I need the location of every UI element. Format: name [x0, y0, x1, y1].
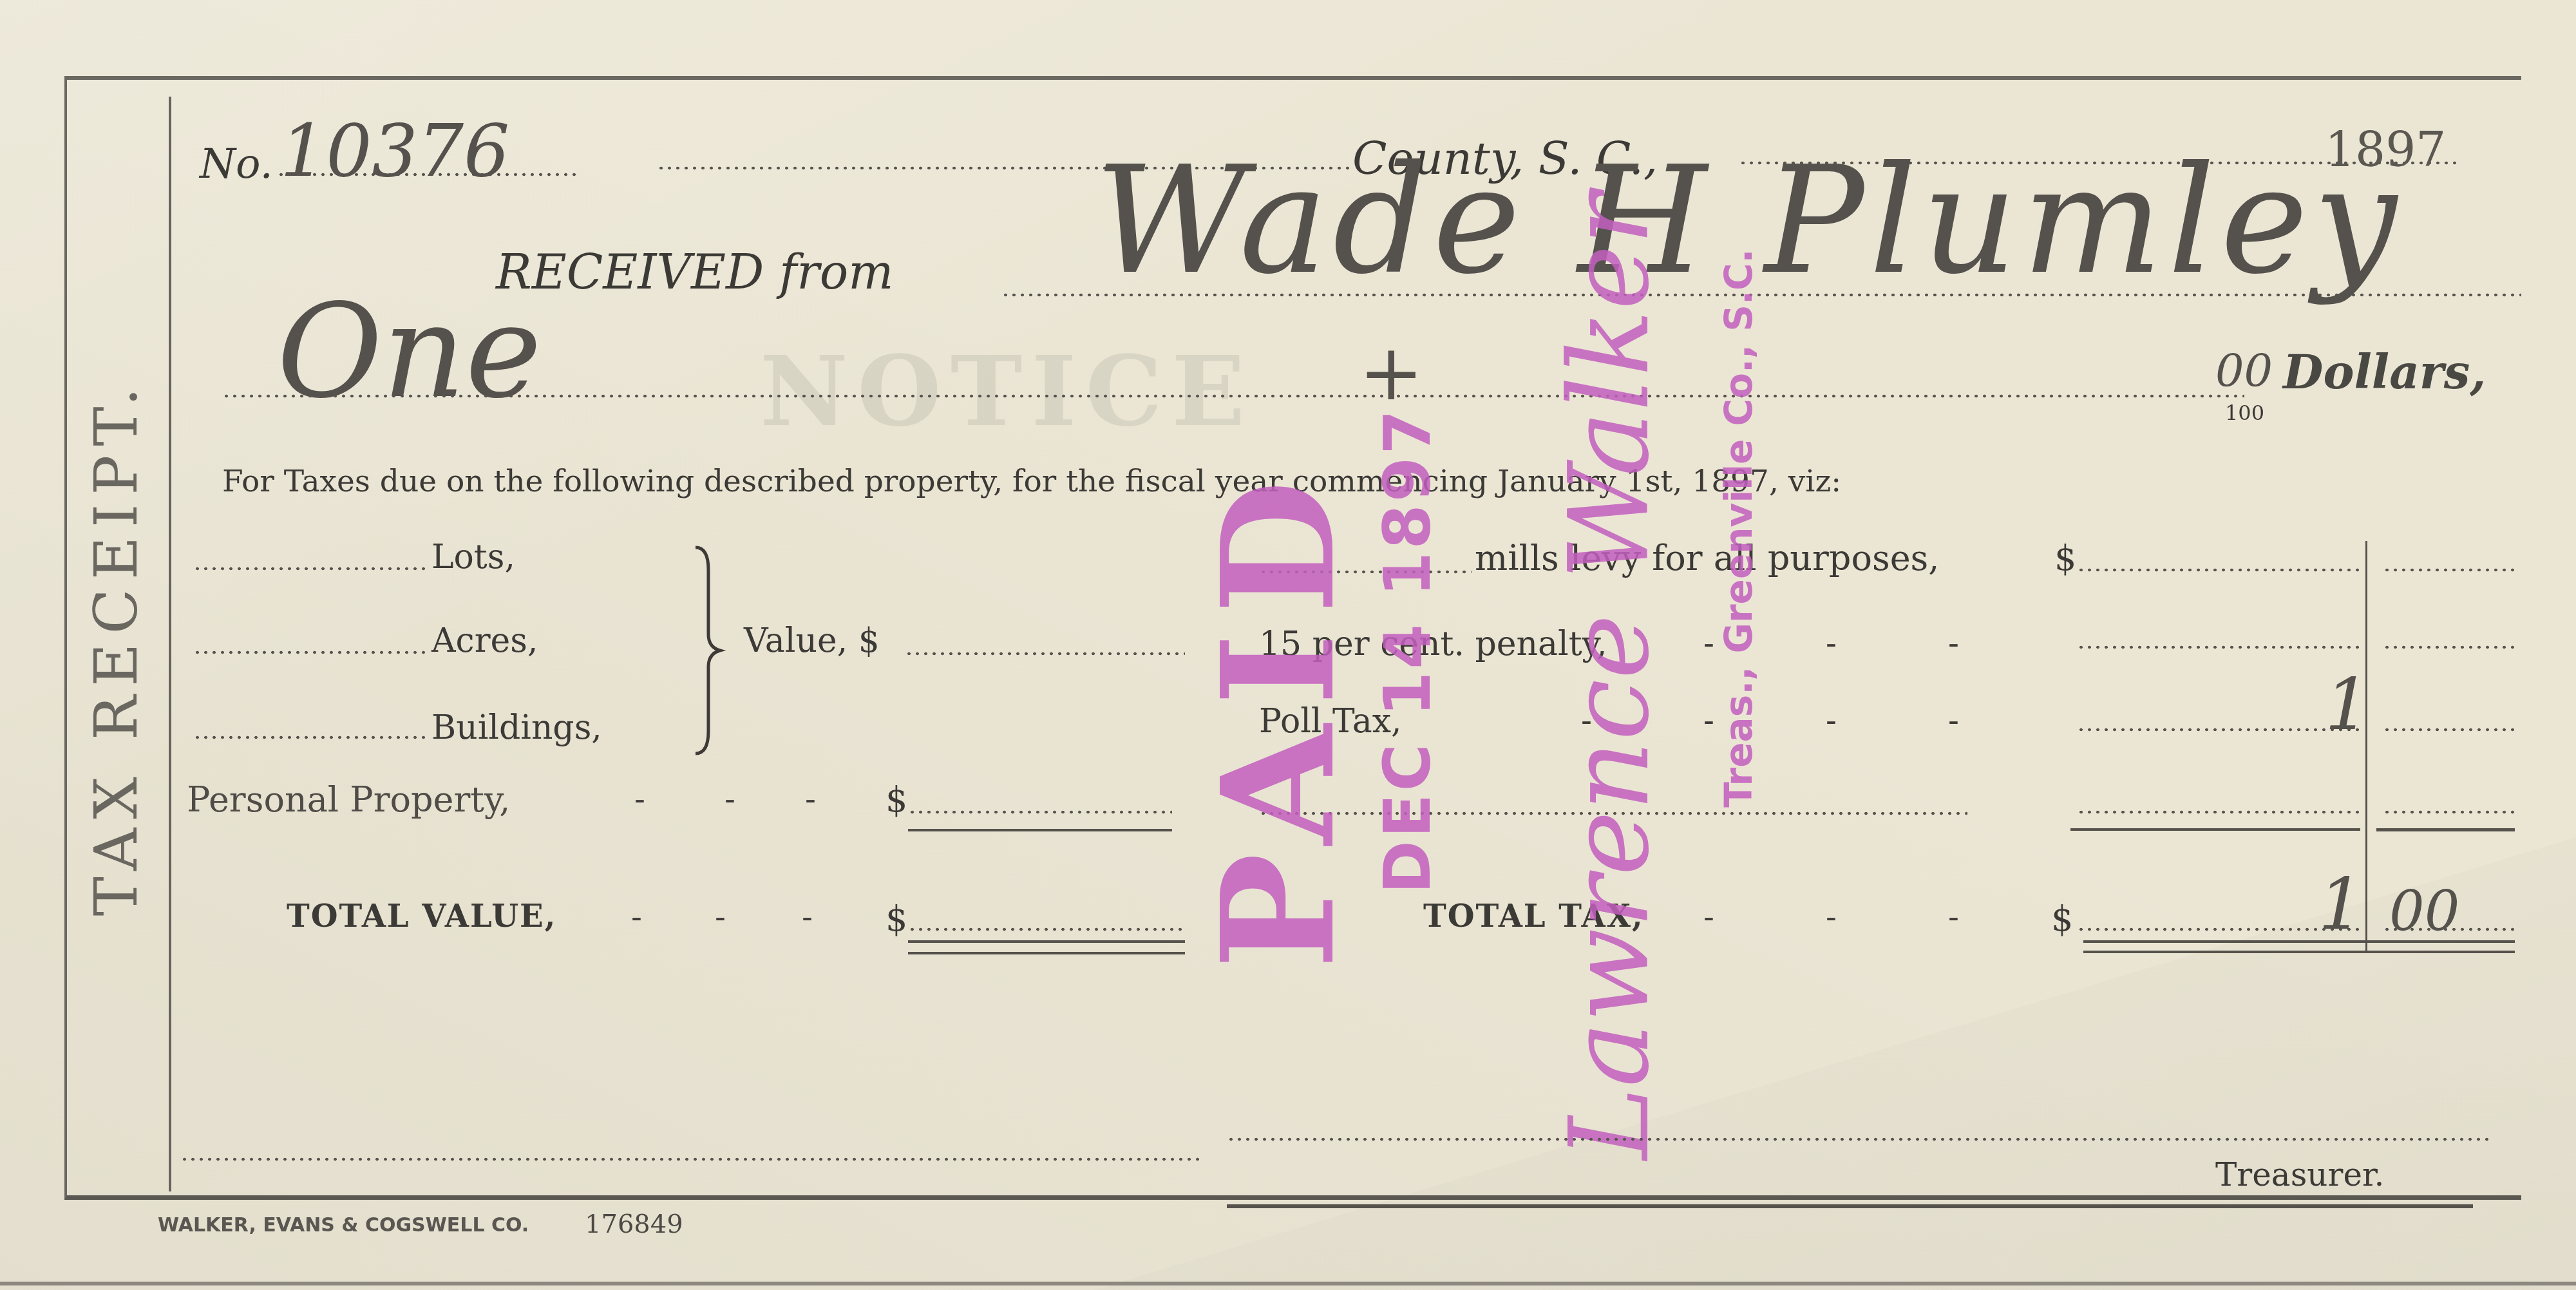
background-notice: NOTICE	[760, 335, 1254, 448]
form-number: 176849	[585, 1209, 683, 1239]
subtotal-cents-rule	[2376, 828, 2515, 831]
treasurer-label: Treasurer.	[2215, 1156, 2384, 1193]
penalty-amount-line	[2077, 645, 2360, 649]
number-underline	[277, 173, 580, 176]
total-value-dash-1: -	[631, 898, 642, 936]
total-value-label: TOTAL VALUE,	[287, 898, 556, 934]
mills-amount-line	[2077, 568, 2360, 572]
paid-date-stamp: DEC 14 1897	[1370, 407, 1445, 894]
received-from-label: RECEIVED from	[496, 245, 893, 300]
tax-receipt-side-title: TAX RECEIPT.	[82, 379, 151, 916]
total-tax-amount-line	[2077, 927, 2360, 931]
cents-column-divider	[2365, 541, 2367, 953]
total-value-underline-1	[908, 940, 1185, 943]
total-value-line	[908, 927, 1185, 931]
personal-line	[908, 810, 1172, 814]
personal-dash-1: -	[634, 781, 645, 818]
dollars-label: Dollars,	[2283, 345, 2486, 399]
poll-dash-2: -	[1703, 702, 1714, 739]
buildings-label: Buildings,	[431, 708, 602, 747]
total-tax-cents: 00	[2389, 879, 2459, 944]
other-cents-line	[2383, 810, 2518, 814]
paid-stamp: PAID	[1188, 460, 1369, 969]
personal-underline	[908, 829, 1172, 831]
cents-value: 00	[2215, 345, 2273, 397]
amount-line	[222, 394, 2244, 398]
total-tax-dollars: 1	[2318, 863, 2363, 945]
acres-line	[193, 650, 425, 654]
treasurer-signature-stamp: Lawrence Walker	[1546, 193, 1674, 1160]
total-value-underline-2	[908, 952, 1185, 954]
amount-words: One	[277, 277, 542, 427]
lots-label: Lots,	[431, 538, 515, 576]
total-tax-dollar-sign: $	[2051, 898, 2073, 939]
other-amount-line	[2077, 810, 2360, 814]
total-tax-dash-3: -	[1948, 898, 1959, 936]
total-tax-underline-2	[2083, 951, 2515, 953]
penalty-dash-1: -	[1703, 625, 1714, 662]
total-tax-dash-2: -	[1826, 898, 1837, 936]
penalty-dash-3: -	[1948, 625, 1959, 662]
total-tax-underline-1	[2083, 940, 2515, 943]
mills-cents-line	[2383, 568, 2518, 572]
total-value-dollar-sign: $	[885, 898, 907, 939]
background-notice-line	[747, 528, 759, 572]
printer-imprint: WALKER, EVANS & COGSWELL CO.	[158, 1214, 529, 1237]
brace-icon	[689, 544, 728, 757]
treasurer-office-stamp: Treas., Greenville Co., S.C.	[1717, 249, 1761, 807]
side-divider	[169, 97, 171, 1191]
value-line	[905, 652, 1185, 656]
poll-amount-line	[2077, 728, 2360, 732]
left-signature-line	[180, 1157, 1204, 1161]
penalty-cents-line	[2383, 645, 2518, 649]
amount-mark: +	[1359, 328, 1424, 418]
penalty-dash-2: -	[1826, 625, 1837, 662]
value-label: Value, $	[744, 621, 880, 660]
total-value-dash-3: -	[802, 898, 813, 936]
buildings-line	[193, 735, 425, 739]
personal-dollar-sign: $	[885, 779, 907, 820]
mills-label: mills levy for all purposes,	[1475, 538, 1939, 578]
acres-label: Acres,	[431, 621, 538, 660]
bottom-edge-rule	[0, 1282, 2576, 1285]
total-value-dash-2: -	[715, 898, 726, 936]
receipt-number: 10376	[280, 109, 509, 193]
poll-dash-4: -	[1948, 702, 1959, 739]
personal-property-label: Personal Property,	[187, 779, 511, 820]
poll-dash-3: -	[1826, 702, 1837, 739]
lots-line	[193, 567, 425, 571]
number-label: No.	[200, 140, 273, 188]
personal-dash-2: -	[724, 781, 735, 818]
cents-denominator: 100	[2225, 401, 2264, 425]
mills-dollar-sign: $	[2054, 538, 2076, 578]
personal-dash-3: -	[805, 781, 816, 818]
poll-tax-value: 1	[2325, 663, 2370, 746]
treasurer-underline	[1227, 1204, 2473, 1208]
poll-cents-line	[2383, 728, 2518, 732]
subtotal-rule	[2070, 828, 2360, 831]
total-tax-dash-1: -	[1703, 898, 1714, 936]
treasurer-signature-line	[1227, 1137, 2489, 1141]
